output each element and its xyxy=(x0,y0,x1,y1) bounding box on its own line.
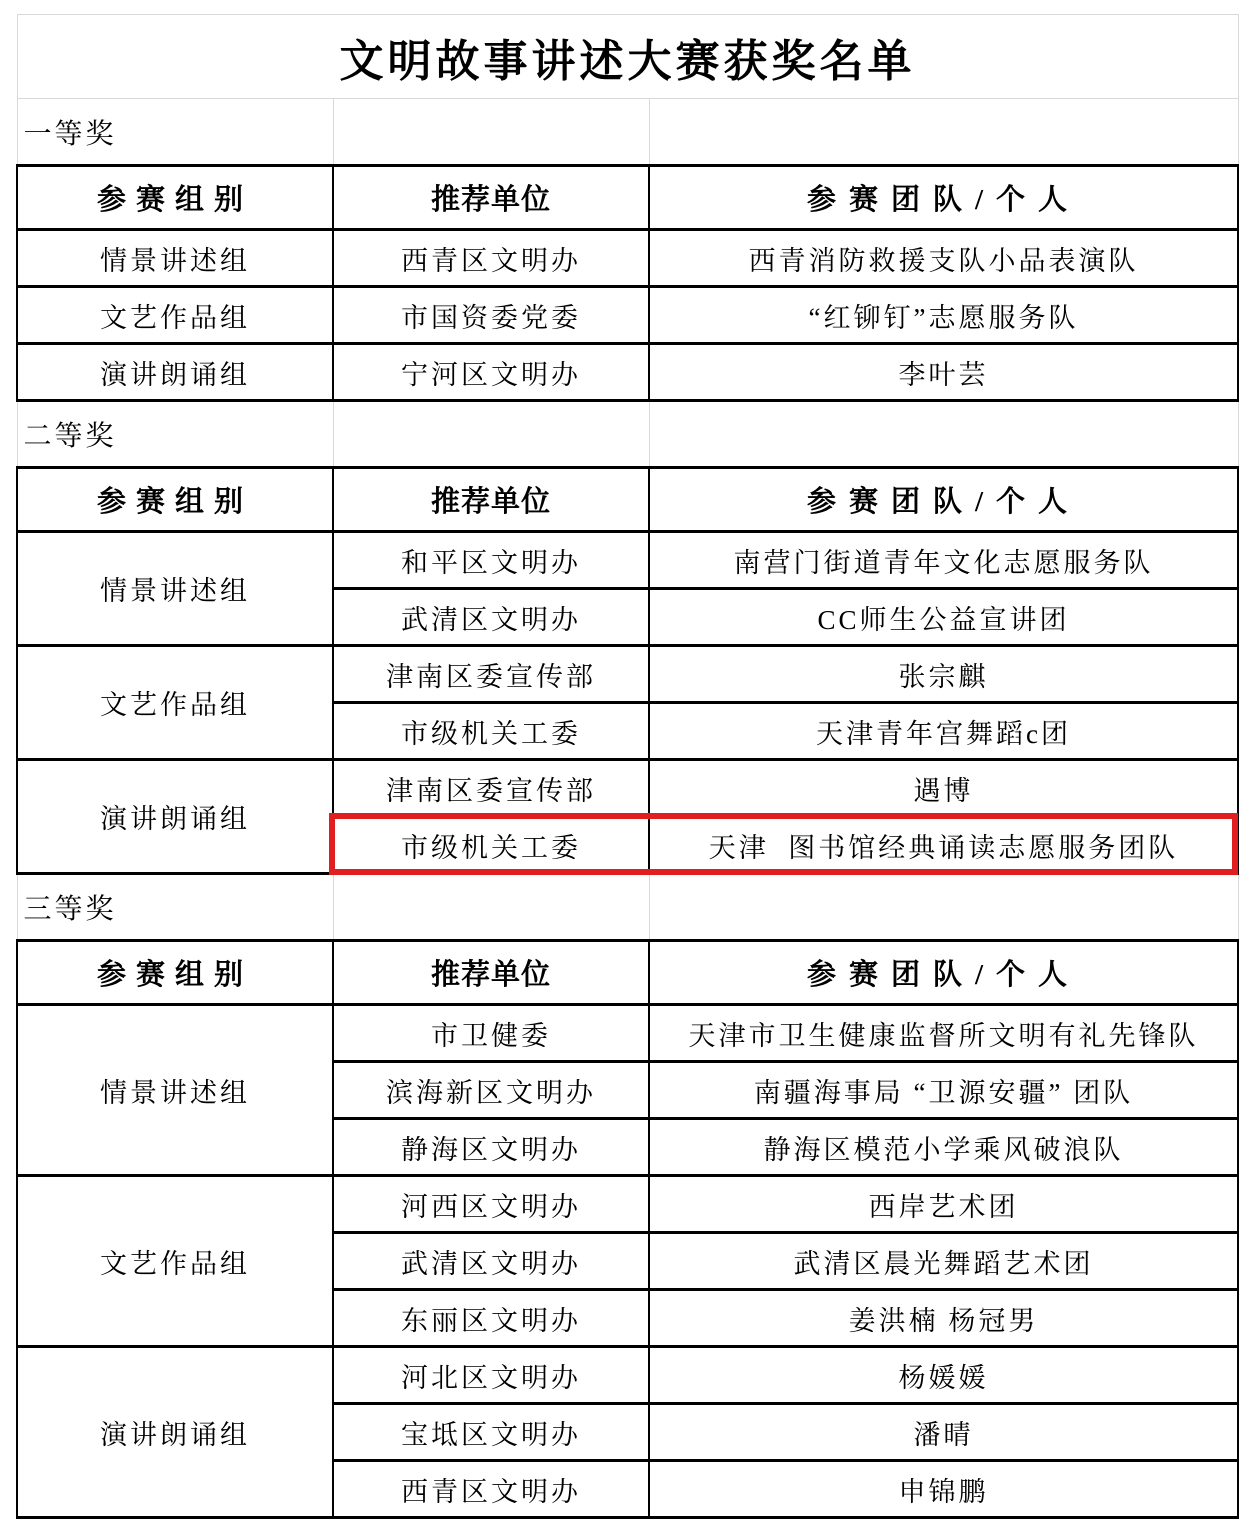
unit-cell: 河北区文明办 xyxy=(333,1347,649,1404)
group-cell: 文艺作品组 xyxy=(17,1176,333,1347)
team-cell: 静海区模范小学乘风破浪队 xyxy=(649,1119,1238,1176)
table-row: 情景讲述组 市卫健委 天津市卫生健康监督所文明有礼先锋队 xyxy=(17,1005,1238,1062)
unit-cell: 市国资委党委 xyxy=(333,287,649,344)
column-header-group: 参赛组别 xyxy=(17,166,333,230)
empty-cell xyxy=(649,99,1238,166)
team-cell: 张宗麒 xyxy=(649,646,1238,703)
column-header-group: 参赛组别 xyxy=(17,941,333,1005)
unit-cell: 河西区文明办 xyxy=(333,1176,649,1233)
team-cell: “红铆钉”志愿服务队 xyxy=(649,287,1238,344)
empty-cell xyxy=(333,401,649,468)
award-list-page: 文明故事讲述大赛获奖名单 一等奖 参赛组别 推荐单位 参赛团队/个人 情景讲述组… xyxy=(0,0,1252,1538)
unit-cell: 市卫健委 xyxy=(333,1005,649,1062)
column-header-group: 参赛组别 xyxy=(17,468,333,532)
team-cell: 杨媛媛 xyxy=(649,1347,1238,1404)
column-header-unit: 推荐单位 xyxy=(333,468,649,532)
team-cell: 潘晴 xyxy=(649,1404,1238,1461)
column-header-team: 参赛团队/个人 xyxy=(649,166,1238,230)
group-cell: 演讲朗诵组 xyxy=(17,1347,333,1518)
column-header-team: 参赛团队/个人 xyxy=(649,468,1238,532)
group-cell: 情景讲述组 xyxy=(17,1005,333,1176)
empty-cell xyxy=(649,874,1238,941)
group-cell: 情景讲述组 xyxy=(17,230,333,287)
column-header-unit: 推荐单位 xyxy=(333,941,649,1005)
team-cell: 姜洪楠 杨冠男 xyxy=(649,1290,1238,1347)
group-cell: 文艺作品组 xyxy=(17,287,333,344)
unit-cell: 滨海新区文明办 xyxy=(333,1062,649,1119)
group-cell: 情景讲述组 xyxy=(17,532,333,646)
table-row: 演讲朗诵组 津南区委宣传部 遇博 xyxy=(17,760,1238,817)
empty-cell xyxy=(333,99,649,166)
unit-cell: 武清区文明办 xyxy=(333,589,649,646)
award-table: 文明故事讲述大赛获奖名单 一等奖 参赛组别 推荐单位 参赛团队/个人 情景讲述组… xyxy=(16,14,1239,1519)
unit-cell: 静海区文明办 xyxy=(333,1119,649,1176)
team-cell: 申锦鹏 xyxy=(649,1461,1238,1518)
table-row: 文艺作品组 河西区文明办 西岸艺术团 xyxy=(17,1176,1238,1233)
team-cell: 南营门街道青年文化志愿服务队 xyxy=(649,532,1238,589)
unit-cell: 武清区文明办 xyxy=(333,1233,649,1290)
group-cell: 演讲朗诵组 xyxy=(17,760,333,874)
column-header-unit: 推荐单位 xyxy=(333,166,649,230)
unit-cell: 宝坻区文明办 xyxy=(333,1404,649,1461)
team-cell: 武清区晨光舞蹈艺术团 xyxy=(649,1233,1238,1290)
team-cell: 天津市卫生健康监督所文明有礼先锋队 xyxy=(649,1005,1238,1062)
unit-cell: 西青区文明办 xyxy=(333,230,649,287)
unit-cell: 东丽区文明办 xyxy=(333,1290,649,1347)
empty-cell xyxy=(649,401,1238,468)
unit-cell: 津南区委宣传部 xyxy=(333,760,649,817)
table-row: 演讲朗诵组 河北区文明办 杨媛媛 xyxy=(17,1347,1238,1404)
team-cell: CC师生公益宣讲团 xyxy=(649,589,1238,646)
column-header-team: 参赛团队/个人 xyxy=(649,941,1238,1005)
team-cell: 西岸艺术团 xyxy=(649,1176,1238,1233)
page-title: 文明故事讲述大赛获奖名单 xyxy=(17,15,1238,99)
table-row: 情景讲述组 西青区文明办 西青消防救援支队小品表演队 xyxy=(17,230,1238,287)
team-cell: 李叶芸 xyxy=(649,344,1238,401)
team-cell: 天津青年宫舞蹈c团 xyxy=(649,703,1238,760)
table-row: 演讲朗诵组 宁河区文明办 李叶芸 xyxy=(17,344,1238,401)
team-cell: 西青消防救援支队小品表演队 xyxy=(649,230,1238,287)
unit-cell: 和平区文明办 xyxy=(333,532,649,589)
unit-cell: 津南区委宣传部 xyxy=(333,646,649,703)
empty-cell xyxy=(333,874,649,941)
section-label-second-prize: 二等奖 xyxy=(17,401,333,468)
table-row: 文艺作品组 津南区委宣传部 张宗麒 xyxy=(17,646,1238,703)
table-row: 文艺作品组 市国资委党委 “红铆钉”志愿服务队 xyxy=(17,287,1238,344)
section-label-third-prize: 三等奖 xyxy=(17,874,333,941)
unit-cell: 西青区文明办 xyxy=(333,1461,649,1518)
group-cell: 文艺作品组 xyxy=(17,646,333,760)
team-cell: 南疆海事局 “卫源安疆” 团队 xyxy=(649,1062,1238,1119)
team-cell: 遇博 xyxy=(649,760,1238,817)
team-cell: 天津 图书馆经典诵读志愿服务团队 xyxy=(649,817,1238,874)
section-label-first-prize: 一等奖 xyxy=(17,99,333,166)
table-row: 情景讲述组 和平区文明办 南营门街道青年文化志愿服务队 xyxy=(17,532,1238,589)
unit-cell: 市级机关工委 xyxy=(333,817,649,874)
unit-cell: 市级机关工委 xyxy=(333,703,649,760)
group-cell: 演讲朗诵组 xyxy=(17,344,333,401)
unit-cell: 宁河区文明办 xyxy=(333,344,649,401)
